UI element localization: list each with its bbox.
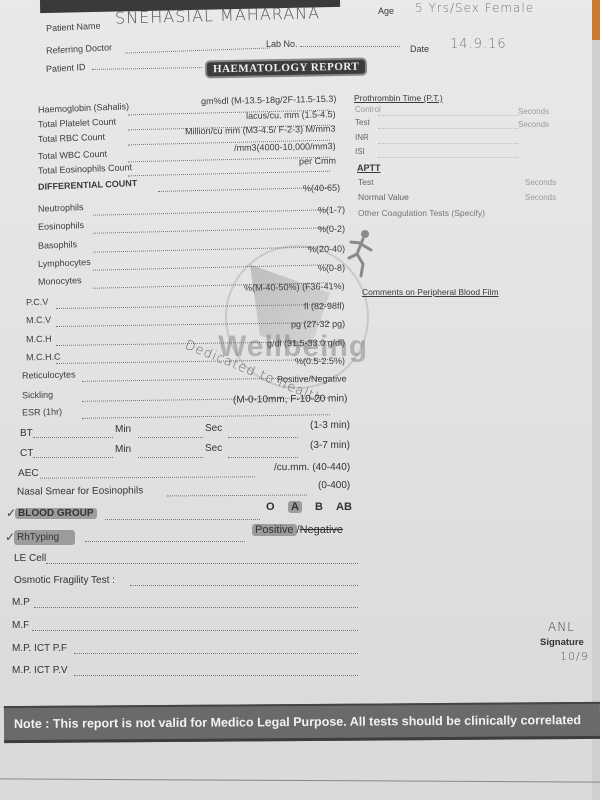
nasal-smear-label: Nasal Smear for Eosinophils <box>17 485 143 497</box>
reference-range: fl (82-98fl) <box>304 301 345 311</box>
reference-range: pg (27-32 pg) <box>291 319 345 330</box>
aptt-row-label: Test <box>358 177 374 187</box>
entry-line[interactable] <box>228 457 298 458</box>
timed-test-label: CT <box>20 448 33 459</box>
index-label: M.C.H.C <box>26 352 61 363</box>
index-label: M.C.V <box>26 315 51 326</box>
index-label: M.C.H <box>26 334 52 345</box>
pt-row-label: INR <box>355 133 369 142</box>
reference-range: (3-7 min) <box>310 440 350 451</box>
blood-group-label: BLOOD GROUP <box>15 508 97 519</box>
reference-range: (1-3 min) <box>310 420 350 431</box>
other-coagulation-tests: Other Coagulation Tests (Specify) <box>358 208 485 218</box>
blood-group-option-b[interactable]: B <box>315 501 323 513</box>
entry-line[interactable] <box>378 128 518 129</box>
reference-range: g/dl (31.5-33.0 g/dl) <box>267 338 345 349</box>
reference-range: lacus/cu. mm (1.5-4.5) <box>246 109 336 121</box>
signature-date: 10/9 <box>560 650 589 663</box>
entry-line <box>105 519 260 520</box>
aptt-row-label: Normal Value <box>358 192 409 202</box>
entry-line[interactable] <box>34 607 358 608</box>
entry-line[interactable] <box>378 157 518 158</box>
reference-range: %(0.5-2.5%) <box>295 356 345 367</box>
sec-label: Sec <box>205 423 222 434</box>
entry-line[interactable] <box>33 457 113 458</box>
differential-item: Basophils <box>38 239 77 250</box>
reference-range: /cu.mm. (40-440) <box>274 462 350 473</box>
check-mark-icon: ✓ <box>5 530 15 544</box>
rh-typing-label: RhTyping <box>14 530 75 545</box>
other-test-label: LE Cell <box>14 553 46 564</box>
seconds-unit: Seconds <box>525 178 556 187</box>
age-label: Age <box>378 6 394 16</box>
blood-group-option-ab[interactable]: AB <box>336 501 352 513</box>
differential-item: Monocytes <box>38 275 82 287</box>
date-label: Date <box>410 44 429 54</box>
age-value: 5 Yrs/Sex Female <box>415 1 534 15</box>
other-test-label: M.P <box>12 597 30 608</box>
entry-line[interactable] <box>32 630 358 631</box>
check-mark-icon: ✓ <box>6 506 16 520</box>
lab-no-line <box>300 46 400 47</box>
other-test-label: M.P. ICT P.V <box>12 665 68 676</box>
index-label: Sickling <box>22 390 53 401</box>
sec-label: Sec <box>205 443 222 454</box>
background-edge <box>592 0 600 40</box>
pt-heading: Prothrombin Time (P.T.) <box>354 93 443 103</box>
pt-row-label: ISI <box>355 147 365 156</box>
differential-item: Neutrophils <box>38 202 84 214</box>
index-label: ESR (1hr) <box>22 407 62 418</box>
seconds-unit: Seconds <box>525 193 556 202</box>
index-label: Reticulocytes <box>22 369 76 380</box>
differential-item: Eosinophils <box>38 220 84 232</box>
blood-group-option-a[interactable]: A <box>288 501 302 513</box>
index-label: P.C.V <box>26 297 49 308</box>
reference-range: /mm3(4000-10,000/mm3) <box>234 141 336 153</box>
entry-line <box>85 541 245 542</box>
differential-item: Lymphocytes <box>38 257 91 269</box>
seconds-unit: Seconds <box>518 107 549 116</box>
aptt-heading: APTT <box>357 163 381 173</box>
reference-range: per Cmm <box>299 156 336 167</box>
pt-row-label: Control <box>355 105 381 114</box>
reference-range: Positive/Negative <box>277 374 347 385</box>
entry-line[interactable] <box>33 437 113 438</box>
other-test-label: Osmotic Fragility Test : <box>14 575 115 586</box>
min-label: Min <box>115 424 131 435</box>
entry-line[interactable] <box>378 115 518 116</box>
reference-range: %(20-40) <box>308 244 345 255</box>
signature-label: Signature <box>540 637 584 648</box>
entry-line[interactable] <box>74 653 358 654</box>
entry-line[interactable] <box>378 143 518 144</box>
entry-line[interactable] <box>228 437 298 438</box>
disclaimer-note: Note : This report is not valid for Medi… <box>14 713 581 731</box>
entry-line[interactable] <box>74 675 358 676</box>
reference-range: %(40-65) <box>303 183 340 194</box>
rh-option-positive[interactable]: Positive <box>252 524 297 536</box>
timed-test-label: BT <box>20 428 33 439</box>
reference-range: %(0-8) <box>318 263 345 274</box>
min-label: Min <box>115 444 131 455</box>
pt-row-label: Test <box>355 118 370 127</box>
reference-range: %(1-7) <box>318 205 345 216</box>
date-value: 14.9.16 <box>450 37 507 52</box>
seconds-unit: Seconds <box>518 120 549 129</box>
other-test-label: M.P. ICT P.F <box>12 643 67 654</box>
comments-heading: Comments on Peripheral Blood Film <box>362 287 499 297</box>
entry-line[interactable] <box>138 457 203 458</box>
rh-option-negative[interactable]: Negative <box>300 524 343 536</box>
blood-group-option-o[interactable]: O <box>266 501 275 513</box>
reference-range: %(0-2) <box>318 224 345 235</box>
aec-label: AEC <box>18 468 39 479</box>
other-test-label: M.F <box>12 620 29 631</box>
entry-line[interactable] <box>46 563 358 564</box>
reference-range: (0-400) <box>318 480 350 491</box>
reference-range: (M-0-10mm, F-10-20 min) <box>232 393 347 405</box>
entry-line[interactable] <box>138 437 203 438</box>
signature-scribble: ANL <box>548 620 575 634</box>
disclaimer-bar: Note : This report is not valid for Medi… <box>4 702 600 743</box>
reference-range: %(M-40-50%) (F36-41%) <box>244 281 345 293</box>
runner-logo-icon <box>345 228 375 278</box>
rh-typing-options[interactable]: Positive/Negative <box>252 524 343 536</box>
lab-no-label: Lab No. <box>266 39 298 49</box>
patient-id-label: Patient ID <box>46 62 86 74</box>
report-title: HAEMATOLOGY REPORT <box>205 58 368 79</box>
entry-line[interactable] <box>130 585 358 586</box>
